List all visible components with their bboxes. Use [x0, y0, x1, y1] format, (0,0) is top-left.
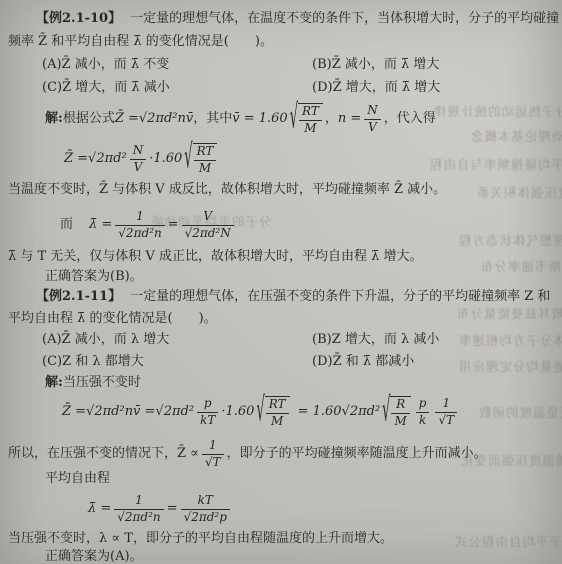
- option-b-2-1-10: (B)Z̄ 减小，而 λ̄ 增大: [312, 56, 439, 75]
- radical-sign-icon: √: [290, 101, 298, 134]
- conclusion-lambda-temperature: 当压强不变时，λ ∝ T，即分子的平均自由程随温度的上升而增大。: [8, 530, 393, 549]
- conclusion-temperature-constant: 当温度不变时，Z̄ 与体积 V 成反比，故体积增大时，平均碰撞频率 Z̄ 减小。: [8, 181, 446, 200]
- example-2-1-11-stem-line2: 平均自由程 λ̄ 的变化情况是( )。: [8, 310, 217, 329]
- conclusion-z-proportional: 所以，在压强不变的情况下，Z̄ ∝ 1√T ，即分子的平均碰撞频率随温度上升而减…: [8, 436, 487, 472]
- formula-zbar-volume: Z̄ =√2πd² NV ·1.60 √ RTM: [64, 140, 219, 178]
- bleedthrough-text: 分子热运动的统计规律: [433, 103, 562, 121]
- option-c-2-1-10: (C)Z̄ 增大，而 λ̄ 减小: [42, 79, 170, 98]
- sqrt-rt-over-m: √ RTM: [184, 143, 217, 176]
- fraction-kt-over-sqrt2pid2p: kT√2πd²p: [181, 494, 230, 525]
- fraction-rt-m: RTM: [299, 105, 322, 136]
- fraction-n-v: NV: [130, 144, 147, 175]
- fraction-p-k: pk: [416, 397, 430, 428]
- formula-lambda-pressure: λ̄ = 1√2πd²n = kT√2πd²p: [88, 490, 233, 528]
- solution-label: 解:: [45, 110, 63, 129]
- bleedthrough-text: 温度压强体积关系: [476, 184, 562, 202]
- formula-lhs: Z̄ =√2πd²: [64, 150, 127, 169]
- option-a-2-1-10: (A)Z̄ 减小，而 λ̄ 不变: [42, 56, 169, 75]
- sqrt-r-over-m: √ RM: [382, 396, 411, 429]
- example-2-1-10-header: 【例2.1-10】一定量的理想气体，在温度不变的条件下，当体积增大时，分子的平均…: [36, 10, 559, 29]
- fraction-1-sqrtT: 1√T: [435, 397, 457, 428]
- fraction-rt-m: RTM: [194, 145, 217, 176]
- example-2-1-11-tag: 【例2.1-11】: [36, 289, 121, 304]
- scanned-textbook-page: 分子热运动的统计规律 气体动理论基本概念 平均碰撞频率与自由程 温度压强体积关系…: [0, 0, 562, 564]
- solution-text: ，其中: [193, 110, 232, 129]
- option-a-2-1-11: (A)Z̄ 减小，而 λ 增大: [42, 331, 169, 350]
- example-2-1-10-stem-line1: 一定量的理想气体，在温度不变的条件下，当体积增大时，分子的平均碰撞: [130, 11, 559, 26]
- fraction-rt-m: RTM: [266, 398, 289, 429]
- mean-free-path-label: 平均自由程: [45, 470, 110, 489]
- formula-mid: ·1.60: [221, 403, 254, 422]
- bleedthrough-text: 分子平均自由程公式: [454, 533, 562, 551]
- formula-n: n =: [338, 110, 361, 129]
- formula-lhs: λ̄ =: [89, 216, 112, 235]
- formula-zbar-pressure: Z̄ =√2πd²nv̄ =√2πd² pkT ·1.60 √ RTM = 1.…: [62, 392, 460, 432]
- option-d-2-1-10: (D)Z̄ 增大，而 λ̄ 增大: [312, 79, 440, 98]
- bleedthrough-text: 理想气体状态方程: [458, 232, 562, 250]
- solution-line-2-1-11: 解:当压强不变时: [45, 374, 141, 393]
- radical-sign-icon: √: [256, 394, 264, 427]
- formula-lhs: Z̄ =√2πd²nv̄ =√2πd²: [62, 403, 194, 422]
- fraction-r-m: RM: [391, 398, 409, 429]
- sqrt-rt-over-m: √ RTM: [256, 396, 289, 429]
- example-2-1-11-header: 【例2.1-11】一定量的理想气体，在压强不变的条件下升温，分子的平均碰撞频率 …: [36, 288, 550, 307]
- formula-lhs: λ̄ =: [88, 500, 111, 519]
- equals-sign: =: [168, 216, 179, 235]
- bleedthrough-text: 平均碰撞频率与自由程: [429, 156, 562, 174]
- solution-text: ，代入得: [384, 110, 436, 129]
- fraction-1-over-sqrt2pid2n: 1√2πd²n: [115, 210, 164, 241]
- equals-sign: =: [167, 500, 178, 519]
- option-d-2-1-11: (D)Z̄ 和 λ̄ 都减小: [312, 353, 414, 372]
- bleedthrough-text: 气体动理论基本概念: [470, 128, 562, 146]
- bleedthrough-text: 麦克斯韦速率分布: [480, 258, 562, 276]
- solution-line-2-1-10: 解: 根据公式 Z̄ =√2πd²nv̄ ，其中 v̄ = 1.60 √ RTM…: [45, 100, 436, 138]
- option-b-2-1-11: (B)Z 增大，而 λ 减小: [312, 331, 439, 350]
- example-2-1-10-stem-line2: 频率 Z̄ 和平均自由程 λ̄ 的变化情况是( )。: [8, 33, 273, 52]
- fraction-v-over-sqrt2pid2N: V√2πd²N: [182, 210, 234, 241]
- example-2-1-10-tag: 【例2.1-10】: [36, 11, 121, 26]
- formula-rhs: = 1.60√2πd²: [298, 403, 381, 422]
- radical-sign-icon: √: [382, 394, 390, 427]
- bleedthrough-text: 玻耳兹曼能量分布: [456, 305, 562, 323]
- fraction-1-over-sqrt2pid2n: 1√2πd²n: [114, 494, 163, 525]
- solution-text: 根据公式: [63, 110, 115, 129]
- sqrt-rt-over-m: √ RTM: [290, 103, 323, 136]
- formula-vbar: v̄ = 1.60: [232, 110, 287, 129]
- bleedthrough-text: 内能是温度的函数: [478, 404, 562, 422]
- formula-lambda-volume: 而 λ̄ = 1√2πd²n = V√2πd²N: [60, 206, 237, 244]
- example-2-1-11-stem-line1: 一定量的理想气体，在压强不变的条件下升温，分子的平均碰撞频率 Z 和: [130, 289, 550, 304]
- formula-connector: 而: [60, 216, 73, 235]
- formula-zbar-definition: Z̄ =√2πd²nv̄: [115, 110, 193, 129]
- conclusion-lambda-volume: λ̄ 与 T 无关，仅与体积 V 成正比，故体积增大时，平均自由程 λ̄ 增大。: [8, 248, 422, 267]
- conclusion-text: 所以，在压强不变的情况下，Z̄ ∝: [8, 445, 199, 464]
- radical-sign-icon: √: [184, 141, 192, 174]
- bleedthrough-text: 能量均分定理应用: [458, 358, 562, 376]
- answer-2-1-11: 正确答案为(A)。: [45, 548, 143, 564]
- formula-mid: ·1.60: [149, 150, 182, 169]
- conclusion-text: ，即分子的平均碰撞频率随温度上升而减小。: [227, 445, 487, 464]
- solution-text: ，: [325, 110, 338, 129]
- option-c-2-1-11: (C)Z 和 λ 都增大: [42, 353, 144, 372]
- bleedthrough-text: 气体分子方均根速率: [458, 332, 562, 350]
- solution-text: 当压强不变时: [63, 375, 141, 390]
- fraction-1-sqrtT: 1√T: [202, 439, 224, 470]
- fraction-n-v: NV: [364, 104, 381, 135]
- answer-2-1-10: 正确答案为(B)。: [45, 268, 143, 287]
- solution-label: 解:: [45, 375, 63, 390]
- fraction-p-kt: pkT: [197, 397, 218, 428]
